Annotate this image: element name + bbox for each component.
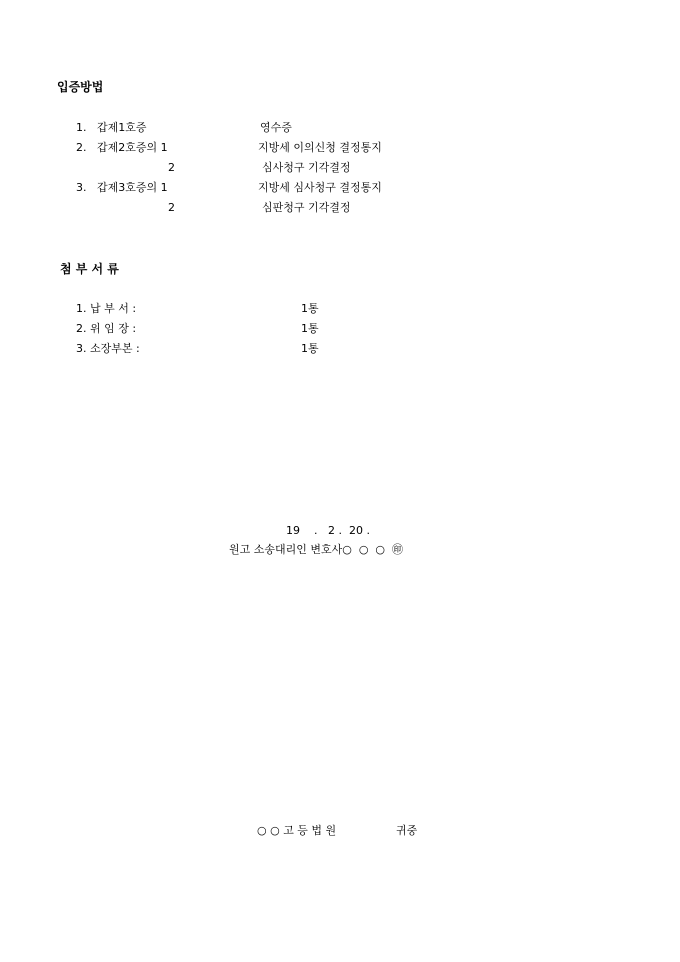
court-honorific: 귀중: [396, 824, 417, 838]
attachments-heading: 첨 부 서 류: [60, 262, 119, 276]
evidence-label: 갑제2호증의 1: [97, 141, 168, 155]
evidence-desc: 지방세 심사청구 결정통지: [258, 181, 382, 195]
signature-date: 19 . 2 . 20 .: [286, 524, 370, 538]
evidence-desc: 영수증: [260, 121, 292, 135]
evidence-label: 갑제1호증: [97, 121, 147, 135]
signature-signer: 원고 소송대리인 변호사○ ○ ○ ㊞: [229, 543, 403, 557]
evidence-label: 2: [168, 201, 175, 215]
attachment-label: 2. 위 임 장 :: [76, 322, 136, 336]
evidence-heading: 입증방법: [57, 80, 103, 94]
evidence-num: 2.: [76, 141, 87, 155]
attachment-count: 1통: [301, 322, 319, 336]
court-name: ○ ○ 고 등 법 원: [257, 824, 336, 838]
evidence-label: 갑제3호증의 1: [97, 181, 168, 195]
attachment-label: 3. 소장부본 :: [76, 342, 140, 356]
evidence-label: 2: [168, 161, 175, 175]
evidence-desc: 심사청구 기각결정: [262, 161, 351, 175]
evidence-num: 1.: [76, 121, 87, 135]
attachment-label: 1. 납 부 서 :: [76, 302, 136, 316]
attachment-count: 1통: [301, 302, 319, 316]
attachment-count: 1통: [301, 342, 319, 356]
evidence-num: 3.: [76, 181, 87, 195]
evidence-desc: 심판청구 기각결정: [262, 201, 351, 215]
evidence-desc: 지방세 이의신청 결정통지: [258, 141, 382, 155]
